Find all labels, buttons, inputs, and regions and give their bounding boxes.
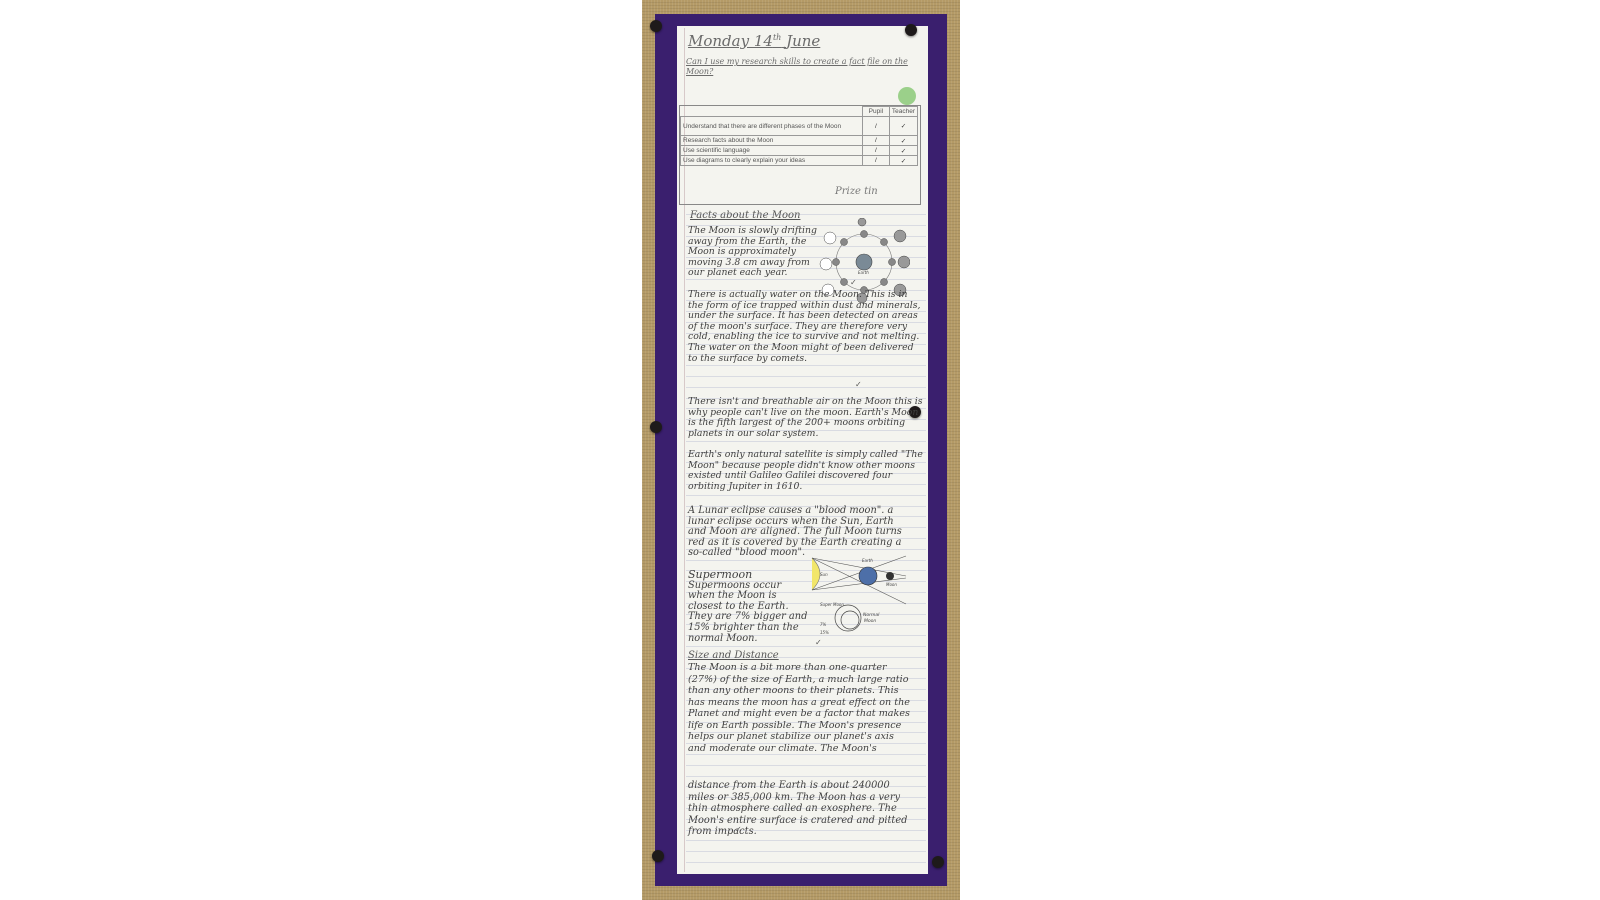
svg-text:Normal: Normal xyxy=(863,612,880,618)
table-row: Use scientific language/✓ xyxy=(681,146,918,156)
table-row: Understand that there are different phas… xyxy=(681,117,918,136)
ruled-line xyxy=(686,376,926,377)
pin-icon xyxy=(905,24,917,36)
fact-paragraph-satellite: Earth's only natural satellite is simply… xyxy=(688,450,923,492)
ruled-line xyxy=(686,765,926,766)
criterion: Understand that there are different phas… xyxy=(681,117,863,136)
fact-paragraph-air: There isn't and breathable air on the Mo… xyxy=(688,397,923,439)
ruled-line xyxy=(686,365,926,366)
pin-icon xyxy=(650,421,662,433)
earth-label: Earth xyxy=(858,270,869,275)
ruled-line xyxy=(686,862,926,863)
teacher-note: Prize tin xyxy=(835,186,878,197)
sc-header-blank xyxy=(681,107,863,117)
teacher-tick: ✓ xyxy=(889,146,917,156)
teacher-tick: ✓ xyxy=(889,156,917,166)
svg-text:Sun: Sun xyxy=(820,572,828,577)
svg-text:7%: 7% xyxy=(820,622,827,627)
teacher-check-icon: ✓ xyxy=(850,278,857,287)
table-row: Research facts about the Moon/✓ xyxy=(681,136,918,146)
ruled-line xyxy=(686,387,926,388)
pupil-tick: / xyxy=(862,117,889,136)
learning-objective: Can I use my research skills to create a… xyxy=(686,57,916,77)
pin-icon xyxy=(650,20,662,32)
supermoon-section: Supermoon Supermoons occur when the Moon… xyxy=(688,560,808,644)
fact-paragraph-eclipse: A Lunar eclipse causes a "blood moon". a… xyxy=(688,506,913,559)
pupil-tick: / xyxy=(862,146,889,156)
size-distance-heading: Size and Distance xyxy=(688,650,779,661)
size-distance-text-1: The Moon is a bit more than one-quarter … xyxy=(688,662,913,754)
green-sticker-icon xyxy=(898,87,916,105)
sc-header-teacher: Teacher xyxy=(889,107,917,117)
teacher-tick: ✓ xyxy=(889,136,917,146)
supermoon-comparison-diagram: Super Moon Normal Moon 7% 15% xyxy=(818,598,884,638)
pupil-tick: / xyxy=(862,156,889,166)
date-heading: Monday 14th June xyxy=(688,32,820,50)
svg-text:Super Moon: Super Moon xyxy=(820,602,844,607)
table-row: Use diagrams to clearly explain your ide… xyxy=(681,156,918,166)
ruled-line xyxy=(686,754,926,755)
pin-icon xyxy=(652,850,664,862)
teacher-check-icon: ✓ xyxy=(855,380,862,389)
teacher-check-icon: ✓ xyxy=(735,825,742,834)
teacher-tick: ✓ xyxy=(889,117,917,136)
criterion: Use scientific language xyxy=(681,146,863,156)
ruled-line xyxy=(686,495,926,496)
svg-text:15%: 15% xyxy=(820,630,829,635)
size-distance-text-2: distance from the Earth is about 240000 … xyxy=(688,780,913,838)
ruled-line xyxy=(686,840,926,841)
criterion: Research facts about the Moon xyxy=(681,136,863,146)
supermoon-text: Supermoons occur when the Moon is closes… xyxy=(688,581,808,645)
teacher-check-icon: ✓ xyxy=(815,638,822,647)
pin-icon xyxy=(932,856,944,868)
svg-text:Moon: Moon xyxy=(886,582,897,587)
ruled-line xyxy=(686,776,926,777)
sc-header-pupil: Pupil xyxy=(862,107,889,117)
supermoon-heading: Supermoon xyxy=(688,570,808,581)
fact-paragraph-water: There is actually water on the Moon. Thi… xyxy=(688,290,923,364)
criterion: Use diagrams to clearly explain your ide… xyxy=(681,156,863,166)
pupil-tick: / xyxy=(862,136,889,146)
svg-text:Earth: Earth xyxy=(862,558,873,563)
fact-paragraph-drifting: The Moon is slowly drifting away from th… xyxy=(688,226,828,279)
ruled-line xyxy=(686,851,926,852)
ruled-line xyxy=(686,441,926,442)
success-criteria-table: Pupil Teacher Understand that there are … xyxy=(680,106,918,166)
ruled-line xyxy=(686,646,926,647)
svg-text:Moon: Moon xyxy=(864,618,876,624)
facts-heading: Facts about the Moon xyxy=(690,210,800,221)
